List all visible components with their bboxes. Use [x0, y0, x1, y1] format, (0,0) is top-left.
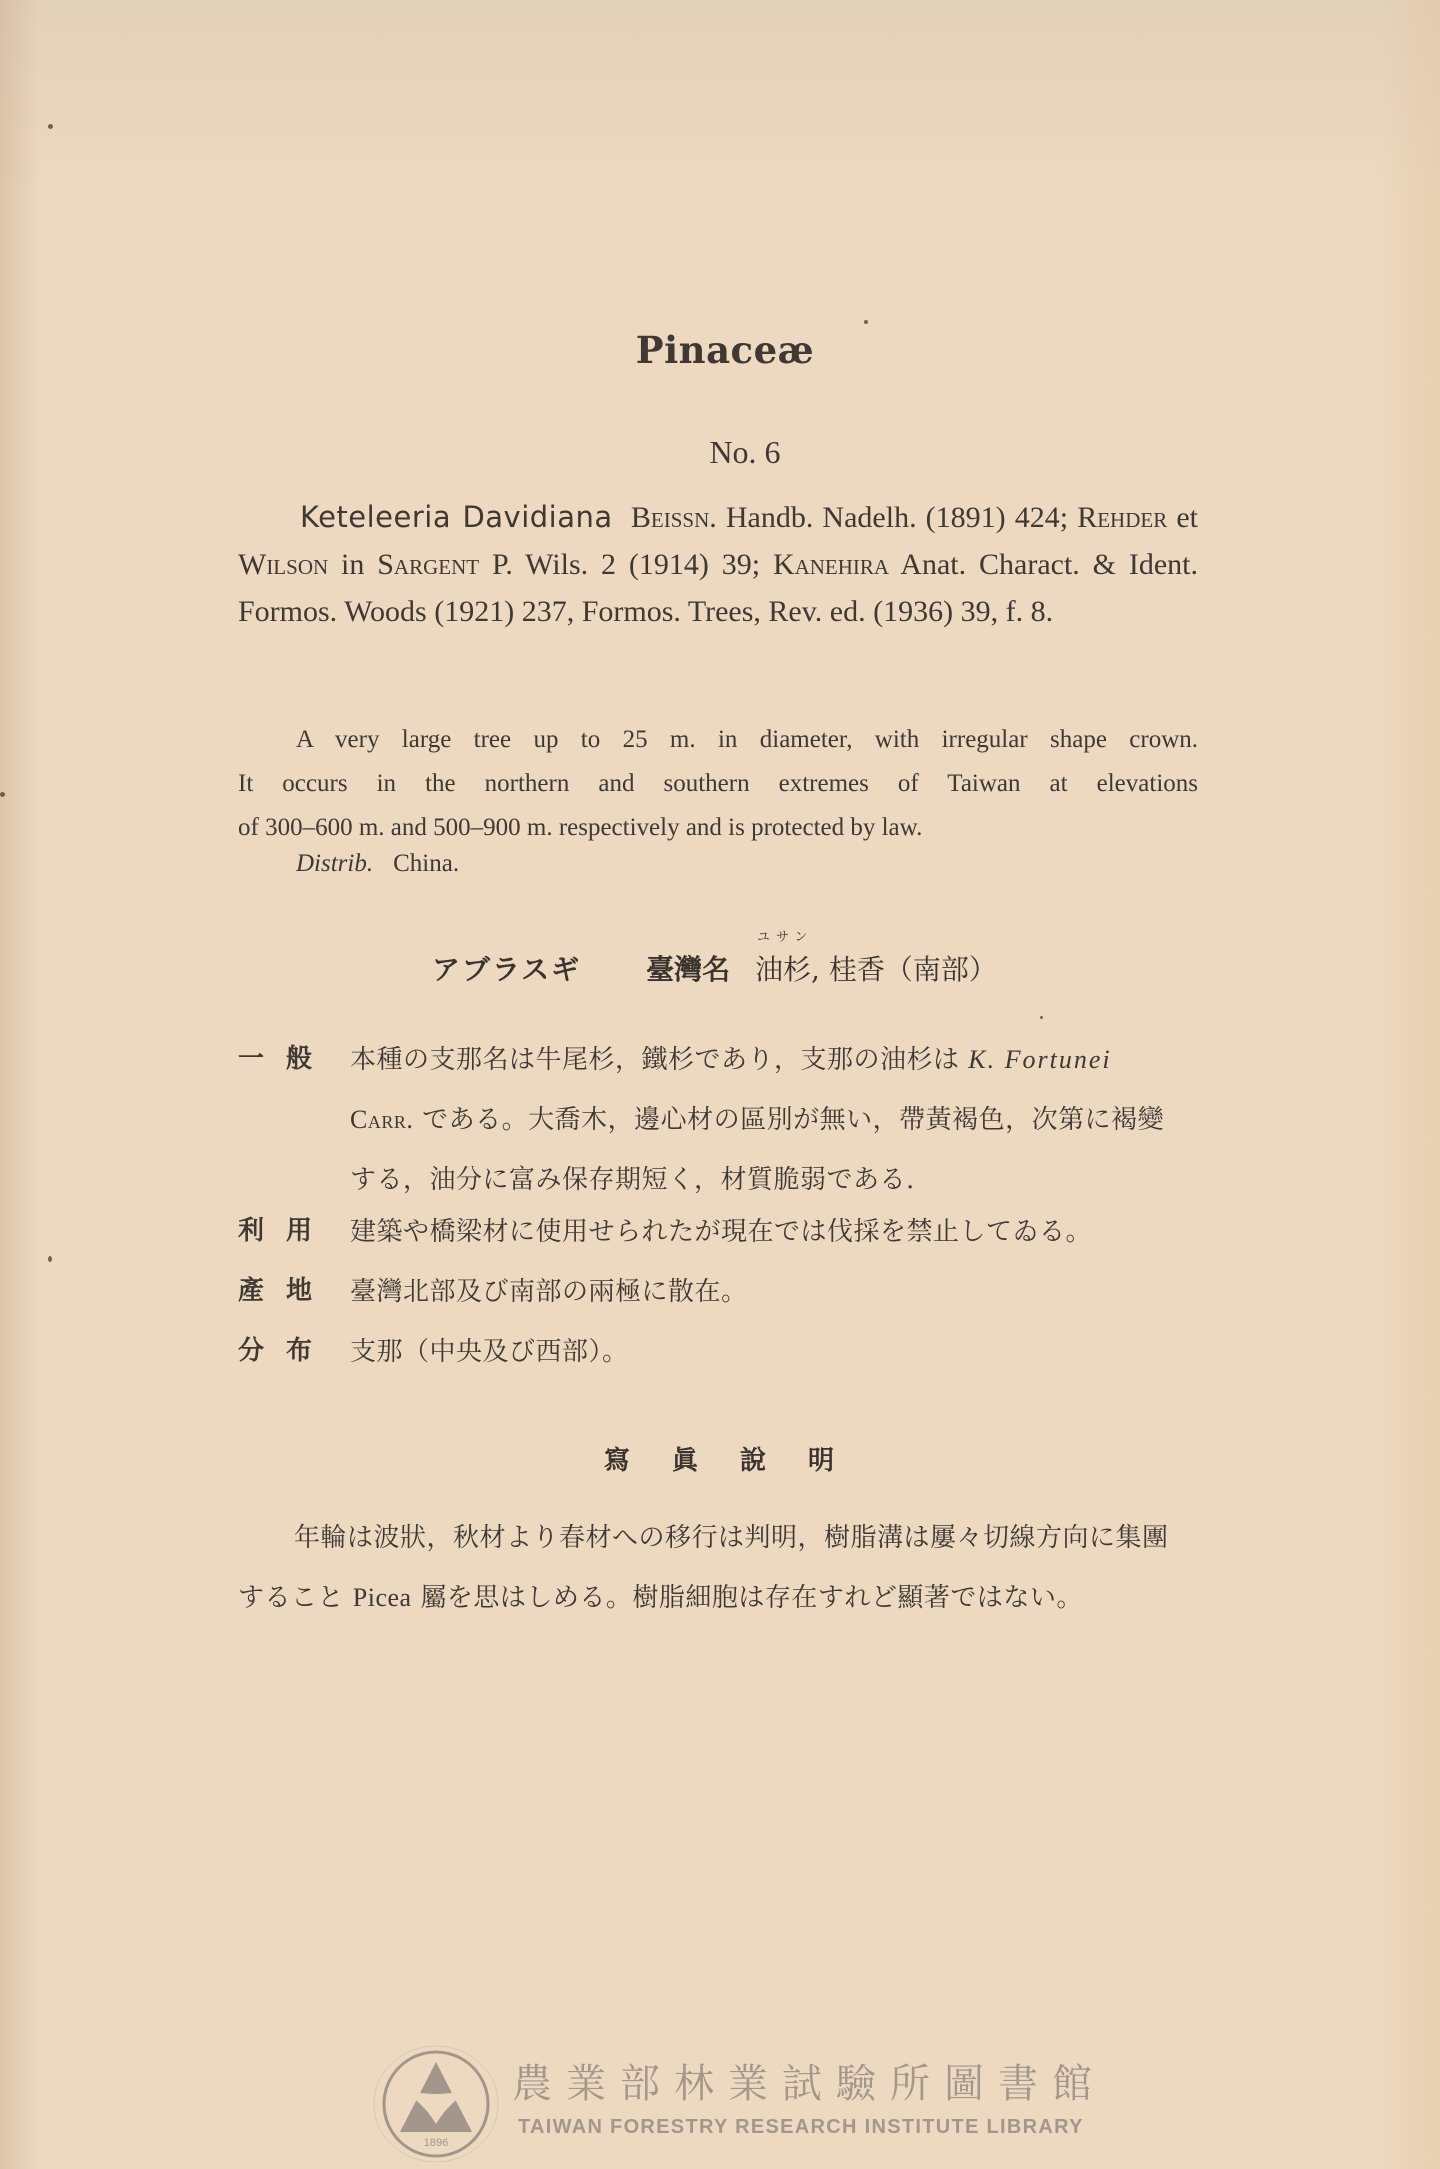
description-line: of 300–600 m. and 500–900 m. respectivel…: [238, 806, 1198, 850]
citation-text: et: [1167, 501, 1198, 534]
distrib-value: China.: [393, 850, 459, 877]
paper-speck: [0, 792, 5, 797]
description-line: A very large tree up to 25 m. in diamete…: [238, 718, 1198, 762]
japanese-name: アブラスギ: [432, 953, 581, 986]
scanned-page: Pinaceæ No. 6 Keteleeria Davidiana Beiss…: [0, 0, 1440, 2169]
section-locality: 產地 臺灣北部及び南部の兩極に散在。: [238, 1262, 1198, 1322]
citation-text: in: [328, 548, 377, 581]
section-distribution: 分布 支那（中央及び西部）。: [238, 1322, 1198, 1382]
section-label: 產地: [238, 1270, 328, 1307]
english-description: A very large tree up to 25 m. in diamete…: [238, 718, 1198, 850]
latin-name: K. Fortunei: [968, 1045, 1111, 1074]
paper-speck: [48, 124, 53, 129]
taiwan-name-label: 臺灣名: [646, 953, 730, 986]
author-sargent: Sargent: [377, 548, 479, 581]
author-rehder: Rehder: [1077, 501, 1167, 534]
paper-speck: [48, 1256, 52, 1262]
section-usage: 利用 建築や橋梁材に使用せられたが現在では伐採を禁止してゐる。: [238, 1202, 1198, 1262]
section-label: 利用: [238, 1210, 328, 1247]
description-line: It occurs in the northern and southern e…: [238, 762, 1198, 806]
author-kanehira: Kanehira: [773, 548, 889, 581]
distrib-label: Distrib.: [296, 850, 373, 877]
institute-seal-icon: 1896: [372, 2044, 500, 2162]
paper-speck: [1040, 1016, 1043, 1019]
citation-text: Handb. Nadelh. (1891) 424;: [717, 501, 1077, 534]
author-beissn: Beissn.: [631, 501, 717, 534]
author-wilson: Wilson: [238, 548, 328, 581]
photo-explanation-text: 年輪は波狀，秋材より春材への移行は判明，樹脂溝は屢々切線方向に集團 すること P…: [238, 1508, 1198, 1628]
latin-genus: Picea: [353, 1583, 412, 1612]
entry-number: No. 6: [0, 434, 1440, 471]
species-name: Keteleeria Davidiana: [300, 500, 613, 534]
section-label: 一般: [238, 1038, 328, 1075]
library-name-zh: 農業部林業試驗所圖書館: [512, 2052, 1106, 2109]
library-name-en: TAIWAN FORESTRY RESEARCH INSTITUTE LIBRA…: [518, 2116, 1084, 2139]
section-general: 一般 本種の支那名は牛尾杉，鐵杉であり，支那の油杉は K. Fortunei C…: [238, 1030, 1198, 1210]
paper-speck: [864, 320, 868, 324]
svg-text:1896: 1896: [424, 2137, 448, 2149]
section-label: 分布: [238, 1330, 328, 1367]
library-watermark: 1896 農業部林業試驗所圖書館 TAIWAN FORESTRY RESEARC…: [372, 2044, 1072, 2154]
furigana: ユサン: [757, 926, 813, 945]
japanese-name-heading: アブラスギ 臺灣名 ユサン油杉, 桂香（南部）: [432, 948, 997, 988]
author-carr: Carr.: [350, 1105, 413, 1134]
family-title: Pinaceæ: [0, 328, 1440, 372]
taiwan-names: ユサン油杉, 桂香（南部）: [755, 953, 997, 986]
distribution-note: Distrib.China.: [296, 850, 459, 878]
photo-explanation-heading: 寫眞說明: [0, 1440, 1440, 1477]
citation-text: P. Wils. 2 (1914) 39;: [479, 548, 773, 581]
species-citation: Keteleeria Davidiana Beissn. Handb. Nade…: [238, 494, 1198, 635]
